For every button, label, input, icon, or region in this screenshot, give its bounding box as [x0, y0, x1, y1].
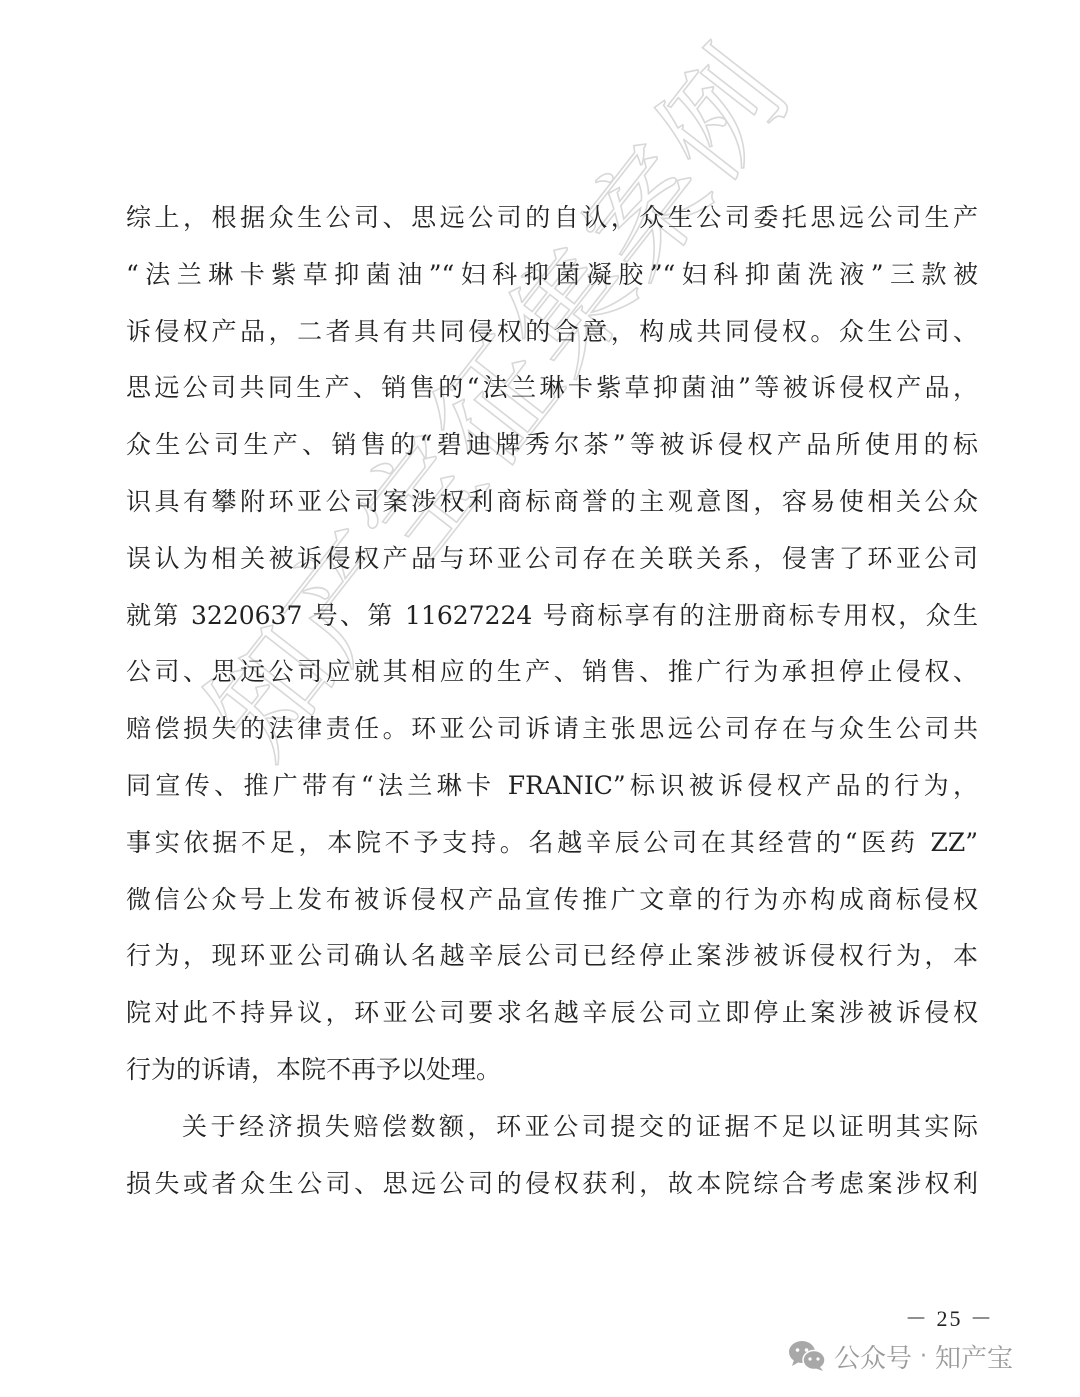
- wechat-account-badge[interactable]: 公众号 · 知产宝: [788, 1337, 1013, 1375]
- text-line: 赔偿损失的法律责任。环亚公司诉请主张思远公司存在与众生公司共: [126, 701, 978, 758]
- document-page: 知产宝征集案例 综上，根据众生公司、思远公司的自认，众生公司委托思远公司生产 “…: [0, 0, 1080, 1397]
- text-line: “法兰琳卡紫草抑菌油”“妇科抑菌凝胶”“妇科抑菌洗液”三款被: [126, 247, 978, 304]
- text-line: 诉侵权产品，二者具有共同侵权的合意，构成共同侵权。众生公司、: [126, 304, 978, 361]
- account-name: 知产宝: [935, 1338, 1013, 1375]
- text-line: 识具有攀附环亚公司案涉权利商标商誉的主观意图，容易使相关公众: [126, 474, 978, 531]
- separator: ·: [920, 1344, 927, 1369]
- text-line: 公司、思远公司应就其相应的生产、销售、推广行为承担停止侵权、: [126, 644, 978, 701]
- text-line: 综上，根据众生公司、思远公司的自认，众生公司委托思远公司生产: [126, 190, 978, 247]
- text-line: 院对此不持异议，环亚公司要求名越辛辰公司立即停止案涉被诉侵权: [126, 985, 978, 1042]
- text-line: 关于经济损失赔偿数额，环亚公司提交的证据不足以证明其实际: [126, 1099, 978, 1156]
- paragraph-2: 关于经济损失赔偿数额，环亚公司提交的证据不足以证明其实际 损失或者众生公司、思远…: [126, 1099, 978, 1213]
- text-line: 就第 3220637 号、第 11627224 号商标享有的注册商标专用权，众生: [126, 588, 978, 645]
- account-label: 公众号: [834, 1338, 912, 1375]
- text-line: 众生公司生产、销售的“碧迪牌秀尔茶”等被诉侵权产品所使用的标: [126, 417, 978, 474]
- document-body: 综上，根据众生公司、思远公司的自认，众生公司委托思远公司生产 “法兰琳卡紫草抑菌…: [126, 190, 978, 1212]
- text-line: 微信公众号上发布被诉侵权产品宣传推广文章的行为亦构成商标侵权: [126, 872, 978, 929]
- text-line: 事实依据不足，本院不予支持。名越辛辰公司在其经营的“医药 ZZ”: [126, 815, 978, 872]
- text-line: 误认为相关被诉侵权产品与环亚公司存在关联关系，侵害了环亚公司: [126, 531, 978, 588]
- text-line: 行为的诉请，本院不再予以处理。: [126, 1042, 978, 1099]
- page-number: － 25 －: [905, 1302, 994, 1333]
- wechat-icon: [788, 1340, 826, 1372]
- text-line: 行为，现环亚公司确认名越辛辰公司已经停止案涉被诉侵权行为，本: [126, 928, 978, 985]
- paragraph-1: 综上，根据众生公司、思远公司的自认，众生公司委托思远公司生产 “法兰琳卡紫草抑菌…: [126, 190, 978, 1099]
- text-line: 同宣传、推广带有“法兰琳卡 FRANIC”标识被诉侵权产品的行为，: [126, 758, 978, 815]
- text-line: 思远公司共同生产、销售的“法兰琳卡紫草抑菌油”等被诉侵权产品，: [126, 360, 978, 417]
- text-line: 损失或者众生公司、思远公司的侵权获利，故本院综合考虑案涉权利: [126, 1156, 978, 1213]
